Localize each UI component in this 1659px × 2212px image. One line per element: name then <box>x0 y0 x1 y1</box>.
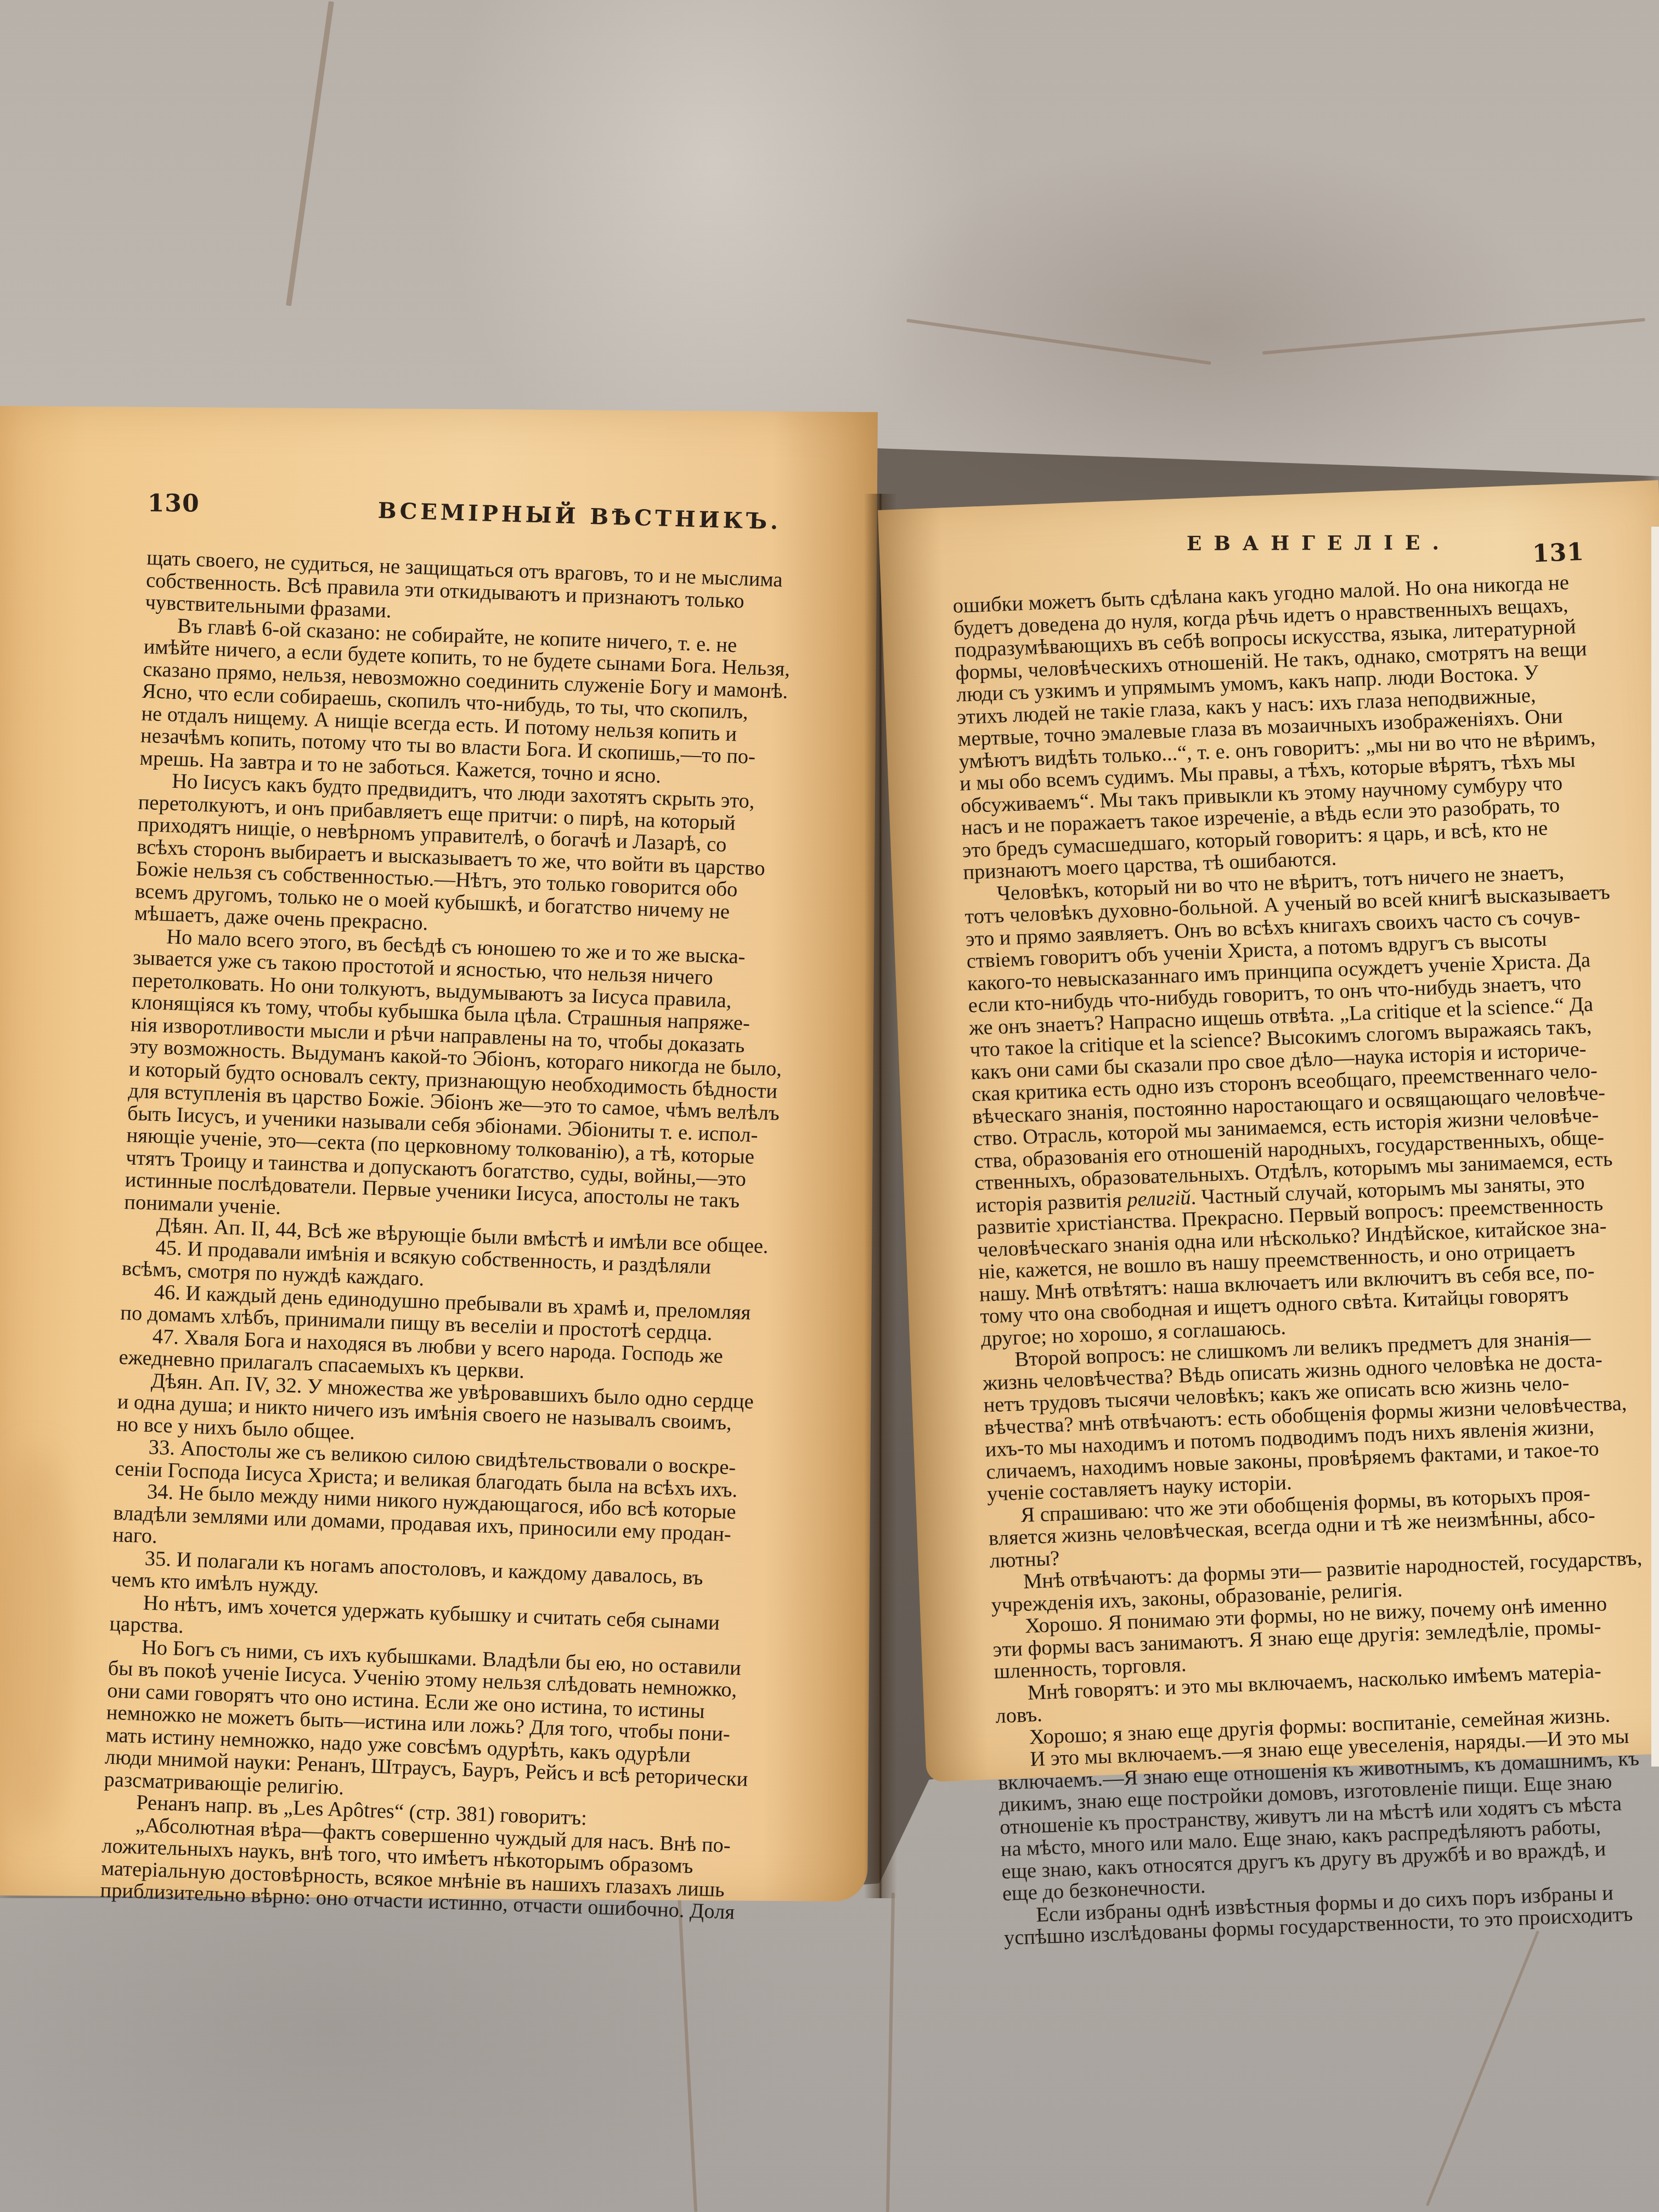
body-text: щать своего, не судиться, не защищаться … <box>100 547 838 1926</box>
marble-vein <box>678 1893 697 2212</box>
body-text: ошибки можетъ быть сдѣлана какъ угодно м… <box>952 571 1646 1950</box>
italic-word: религій <box>1127 1186 1192 1211</box>
page-number: 130 <box>148 489 200 518</box>
page-number: 131 <box>1532 538 1585 568</box>
marble-vein <box>886 1893 895 2212</box>
marble-vein <box>1426 1931 1539 2207</box>
right-page: ЕВАНГЕЛІЕ. 131 ошибки можетъ быть сдѣлан… <box>878 480 1659 1782</box>
running-head: ВСЕМІРНЫЙ ВѢСТНИКЪ. <box>377 498 782 535</box>
marble-vein <box>1262 318 1645 355</box>
page-edge <box>1651 527 1659 1767</box>
marble-vein <box>286 1 334 306</box>
left-page: 130 ВСЕМІРНЫЙ ВѢСТНИКЪ. щать своего, не … <box>0 406 878 1901</box>
running-head: ЕВАНГЕЛІЕ. <box>1187 531 1451 555</box>
marble-vein <box>906 319 1211 365</box>
